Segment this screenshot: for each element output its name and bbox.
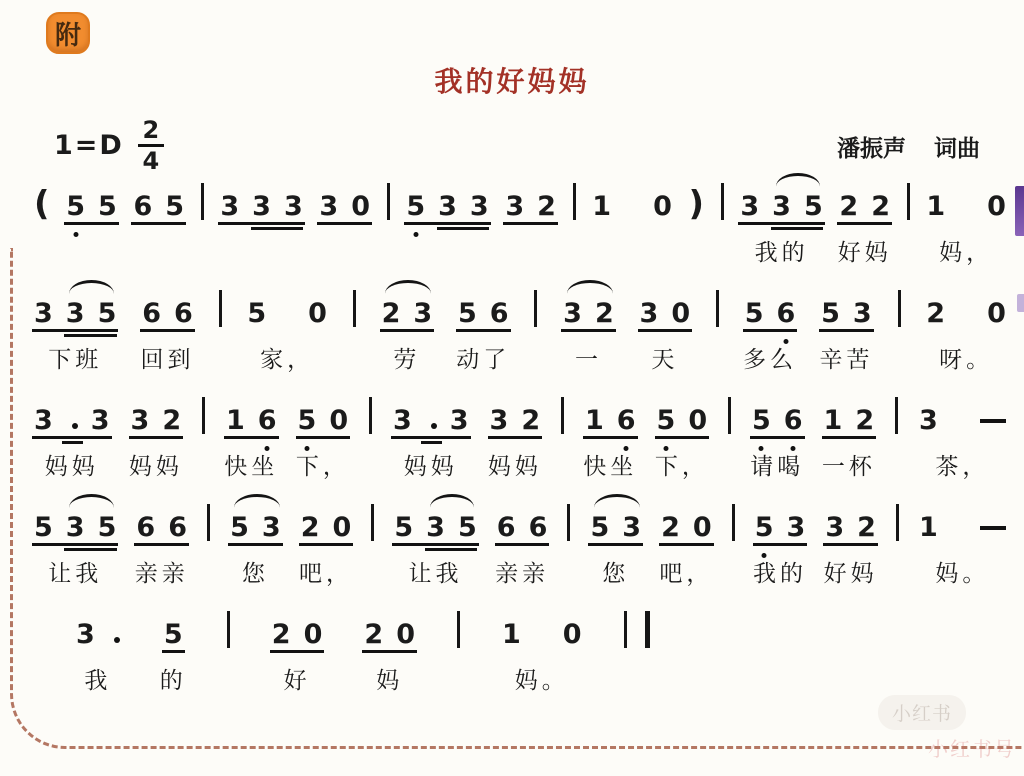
note: 2 [839,193,858,220]
note: 1 [926,193,945,220]
note: 6 [777,300,796,327]
page-edge-mark-small [1017,294,1024,312]
lyric-text: 吧， [659,555,713,585]
note: 3 [772,193,791,220]
note-row: 10 [924,172,1008,220]
measure-group: 56多么 [743,279,798,371]
underline-eighth [391,436,471,439]
barline [387,183,390,220]
barline-cell [565,493,572,541]
note: 0 [671,300,690,327]
measure-group: 32妈妈 [129,386,184,478]
note: 5 [752,407,771,434]
underline-eighth [638,329,693,332]
measure-group: 20吧， [659,493,714,585]
note: 3 [34,300,53,327]
paren-cell: ) [687,172,707,220]
underline-eighth [380,329,435,332]
slur-arc [594,494,640,509]
low-octave-dot [783,339,788,344]
underline-eighth [659,543,714,546]
lyric-text: 下， [655,448,709,478]
underline-eighth [738,222,824,225]
note-row: 66 [140,279,195,327]
underline-eighth [218,222,304,225]
underline-eighth [583,436,638,439]
note-row: 533 [404,172,490,220]
dash-note [980,419,1006,424]
augmentation-dot [72,423,78,429]
slur-arc [430,494,475,509]
measure-group: 56请喝 [750,386,805,478]
barline [898,290,901,327]
low-octave-dot [265,446,270,451]
underline-eighth [32,329,118,332]
lyric-text: 妈妈 [45,448,99,478]
underline-sixteenth [771,227,823,230]
underline-eighth [129,436,184,439]
measure-group: 5的 [160,600,187,692]
measure-group: 3茶， [917,386,1008,478]
note-row: 53 [588,493,643,541]
final-barline [645,611,650,648]
note: 3 [825,514,844,541]
barline-cell [455,600,462,648]
note: 1 [585,407,604,434]
note: 3 [91,407,110,434]
lyric-text: 好 [284,662,311,692]
note: 5 [406,193,425,220]
measure-group: 12一杯 [822,386,877,478]
underline-eighth [270,650,325,653]
note: 5 [821,300,840,327]
note-row: 30 [317,172,372,220]
key-signature: 1=D 2 4 [54,118,164,173]
note: 5 [165,193,184,220]
note-row [714,279,721,327]
underline-eighth [753,543,808,546]
measure-group: 10妈。 [500,600,584,692]
lyric-text: 妈。 [515,662,569,692]
underline-eighth [296,436,351,439]
measure-group: 1妈。 [917,493,1008,585]
note-row: 20 [362,600,417,648]
lyric-text: 妈妈 [404,448,458,478]
note: 6 [258,407,277,434]
note: 2 [272,621,291,648]
lyric-text: 的 [160,662,187,692]
measure-group: 3我 [74,600,122,692]
measure-group: 535让我 [32,493,118,585]
underline-eighth [503,222,558,225]
note-row [351,279,358,327]
note: 2 [301,514,320,541]
note: 3 [66,300,85,327]
measure-group: 32妈妈 [488,386,543,478]
note: 5 [66,193,85,220]
note-row [571,172,578,220]
note: 0 [396,621,415,648]
underline-eighth [224,436,279,439]
barline [896,504,899,541]
note-row: 5 [162,600,185,648]
note: 3 [393,407,412,434]
measure-group: 53辛苦 [819,279,874,371]
note: 2 [521,407,540,434]
note-row: 53 [753,493,808,541]
note-row: 53 [228,493,283,541]
low-octave-dot [791,446,796,451]
barline [457,611,460,648]
underline-eighth [228,543,283,546]
underline-eighth [392,543,478,546]
low-octave-dot [624,446,629,451]
note: 1 [592,193,611,220]
note: 6 [168,514,187,541]
note-row [385,172,392,220]
measure-group: 16快坐 [224,386,279,478]
note: 5 [657,407,676,434]
note: 5 [804,193,823,220]
note-row: 20 [299,493,354,541]
lyric-text: 让我 [409,555,463,585]
note: 6 [142,300,161,327]
barline-cell [896,279,903,327]
note-row: 32 [561,279,616,327]
measure-group: 66亲亲 [495,493,550,585]
composer-credit: 潘振声 词曲 [837,130,980,163]
note-row: 55 [64,172,119,220]
underline-eighth [404,222,490,225]
note-row [199,172,206,220]
note-row: 535 [392,493,478,541]
low-octave-dot [413,232,418,237]
watermark-logo: 小红书 [878,695,966,730]
note: 3 [34,407,53,434]
measure-group: 333 [218,172,304,264]
note: 0 [563,621,582,648]
low-octave-dot [759,446,764,451]
underline-eighth [299,543,354,546]
barline-cell [199,172,206,220]
note-row [896,279,903,327]
note: 3 [640,300,659,327]
note-row [369,493,376,541]
underline-eighth [819,329,874,332]
note-row: 535 [32,493,118,541]
note: 1 [226,407,245,434]
lyric-text: 茶， [935,448,989,478]
lyric-text: 亲亲 [135,555,189,585]
note-row [905,172,912,220]
measure-group: 335我的 [738,172,824,264]
composer-role: 词曲 [934,130,980,163]
barline-cell [893,386,900,434]
barline [202,397,205,434]
barline-cell [714,279,721,327]
note: 5 [98,514,117,541]
underline-eighth [837,222,892,225]
barline [716,290,719,327]
measure-group: 23劳 [380,279,435,371]
lyric-text: 回到 [140,341,194,371]
measure-group: 535让我 [392,493,478,585]
note-row: ( [32,172,52,220]
meter-upper: 2 [142,118,159,142]
barline-cell [559,386,566,434]
note: 3 [66,514,85,541]
note: 0 [693,514,712,541]
note: 2 [537,193,556,220]
lyric-text: 下班 [48,341,102,371]
note: 3 [450,407,469,434]
note-row: 23 [380,279,435,327]
barline-cell [532,279,539,327]
note: 2 [857,514,876,541]
score-system: 535让我66亲亲53您20吧，535让我66亲亲53您20吧，53我的32好妈… [32,493,1008,585]
note: 0 [304,621,323,648]
note-row: 65 [131,172,186,220]
measure-group: 20好 [270,600,325,692]
barline-cell [225,600,232,648]
note: 6 [529,514,548,541]
lyric-text: 您 [242,555,269,585]
note-row: 10 [500,600,584,648]
note: 1 [502,621,521,648]
note-row: 335 [32,279,118,327]
note-row: 50 [245,279,329,327]
score-system: 3我5的20好20妈10妈。 [32,600,1008,692]
slur-arc [69,280,114,295]
slur-arc [69,494,114,509]
barline [907,183,910,220]
note: 5 [458,300,477,327]
note: 5 [394,514,413,541]
note: 0 [987,193,1006,220]
note: 5 [34,514,53,541]
watermark-footer: 小红书号 [928,733,1016,762]
note: 2 [162,407,181,434]
note-row: 66 [495,493,550,541]
low-octave-dot [663,446,668,451]
underline-eighth [362,650,417,653]
measure-group: 30天 [638,279,693,371]
parenthesis: ( [34,188,50,220]
measure-group: 20妈 [362,600,417,692]
barline-cell [571,172,578,220]
note-row: 56 [750,386,805,434]
note: 0 [308,300,327,327]
barline [369,397,372,434]
underline-sixteenth [421,441,443,444]
note-row [217,279,224,327]
sheet-music-page: { "page": { "badge": "附", "title": "我的好妈… [0,0,1024,776]
composer-name: 潘振声 [837,130,906,163]
barline [201,183,204,220]
barline [573,183,576,220]
underline-eighth [750,436,805,439]
underline-sixteenth [64,548,116,551]
measure-group: 65 [131,172,186,264]
note: 3 [505,193,524,220]
note-row [200,386,207,434]
note: 3 [490,407,509,434]
parenthesis: ) [689,188,705,220]
note: 0 [987,300,1006,327]
underline-sixteenth [62,441,84,444]
note-row: 22 [837,172,892,220]
lyric-text: 多么 [743,341,797,371]
lyric-text: 好妈 [824,555,878,585]
measure-group: 53您 [588,493,643,585]
note-row: 16 [583,386,638,434]
note: 5 [590,514,609,541]
augmentation-dot [431,423,437,429]
note: 3 [853,300,872,327]
barline [534,290,537,327]
note: 5 [98,193,117,220]
barline-cell [730,493,737,541]
note: 3 [284,193,303,220]
note-row [730,493,737,541]
low-octave-dot [73,232,78,237]
underline-eighth [162,650,185,653]
underline-eighth [32,436,112,439]
key-tonic: 1=D [54,130,124,161]
measure-group: 33妈妈 [391,386,471,478]
note-row: 56 [743,279,798,327]
lyric-text: 天 [651,341,678,371]
lyric-text: 一杯 [822,448,876,478]
lyric-text: 亲亲 [495,555,549,585]
note-row: 16 [224,386,279,434]
note-row: 30 [638,279,693,327]
score-system: 335下班66回到50家，23劳56动了32一30天56多么53辛苦20呀。 [32,279,1008,371]
lyric-text: 呀。 [939,341,993,371]
lyric-text: 吧， [299,555,353,585]
lyric-text: 妈妈 [129,448,183,478]
note: 0 [688,407,707,434]
note: 0 [351,193,370,220]
underline-eighth [456,329,511,332]
measure-group: 55 [64,172,119,264]
lyric-text: 劳 [393,341,420,371]
note: 3 [563,300,582,327]
measure-group: 32 [503,172,558,264]
lyric-text: 您 [602,555,629,585]
barline [624,611,627,648]
barline [721,183,724,220]
barline-cell [719,172,726,220]
barline [895,397,898,434]
score-system: (5565333305333210)335我的22好妈10妈， [32,172,1008,264]
underline-eighth [822,436,877,439]
note-row [894,493,901,541]
measure-group: 32一 [561,279,616,371]
lyric-text: 妈 [376,662,403,692]
underline-eighth [488,436,543,439]
note: 1 [919,514,938,541]
measure-group: 50下， [655,386,710,478]
note: 0 [329,407,348,434]
measure-group: 53我的 [753,493,808,585]
note: 6 [784,407,803,434]
barline-cell [622,600,652,648]
note: 5 [298,407,317,434]
note: 6 [133,193,152,220]
measure-group: 335下班 [32,279,118,371]
note: 3 [438,193,457,220]
barline-cell [905,172,912,220]
lyric-text: 我的 [753,555,807,585]
barline [353,290,356,327]
lyric-text: 下， [296,448,350,478]
measure-group: 32好妈 [823,493,878,585]
note: 6 [136,514,155,541]
note: 6 [617,407,636,434]
measure-group: 53您 [228,493,283,585]
note: 5 [755,514,774,541]
barline [732,504,735,541]
barline [567,504,570,541]
underline-eighth [32,543,118,546]
measure-group: 10 [590,172,674,264]
note-row [719,172,726,220]
barline-cell [726,386,733,434]
note-row: 50 [655,386,710,434]
barline-cell [351,279,358,327]
barline-cell [200,386,207,434]
barline [371,504,374,541]
note-row: 33 [391,386,471,434]
measure-group: 66回到 [140,279,195,371]
measure-group: 16快坐 [583,386,638,478]
note-row: 66 [134,493,189,541]
note-row [565,493,572,541]
underline-sixteenth [437,227,489,230]
lyric-text: 请喝 [750,448,804,478]
note-row: 335 [738,172,824,220]
note: 2 [871,193,890,220]
dash-note [980,526,1006,531]
note: 3 [426,514,445,541]
measure-group: 20吧， [299,493,354,585]
note: 5 [247,300,266,327]
measure-group: 33妈妈 [32,386,112,478]
underline-eighth [561,329,616,332]
note-row: 56 [456,279,511,327]
note-row [455,600,462,648]
measure-group: 66亲亲 [134,493,189,585]
meter-lower: 4 [142,149,159,173]
note-row [622,600,652,648]
underline-sixteenth [64,334,116,337]
note-row [225,600,232,648]
lyric-text: 辛苦 [819,341,873,371]
note-row [205,493,212,541]
note: 3 [131,407,150,434]
note: 3 [252,193,271,220]
underline-sixteenth [425,548,477,551]
measure-group: 30 [317,172,372,264]
note: 3 [76,621,95,648]
note: 3 [740,193,759,220]
lyric-text: 一 [575,341,602,371]
low-octave-dot [762,553,767,558]
lyric-text: 妈。 [935,555,989,585]
augmentation-dot [114,637,120,643]
underline-eighth [823,543,878,546]
